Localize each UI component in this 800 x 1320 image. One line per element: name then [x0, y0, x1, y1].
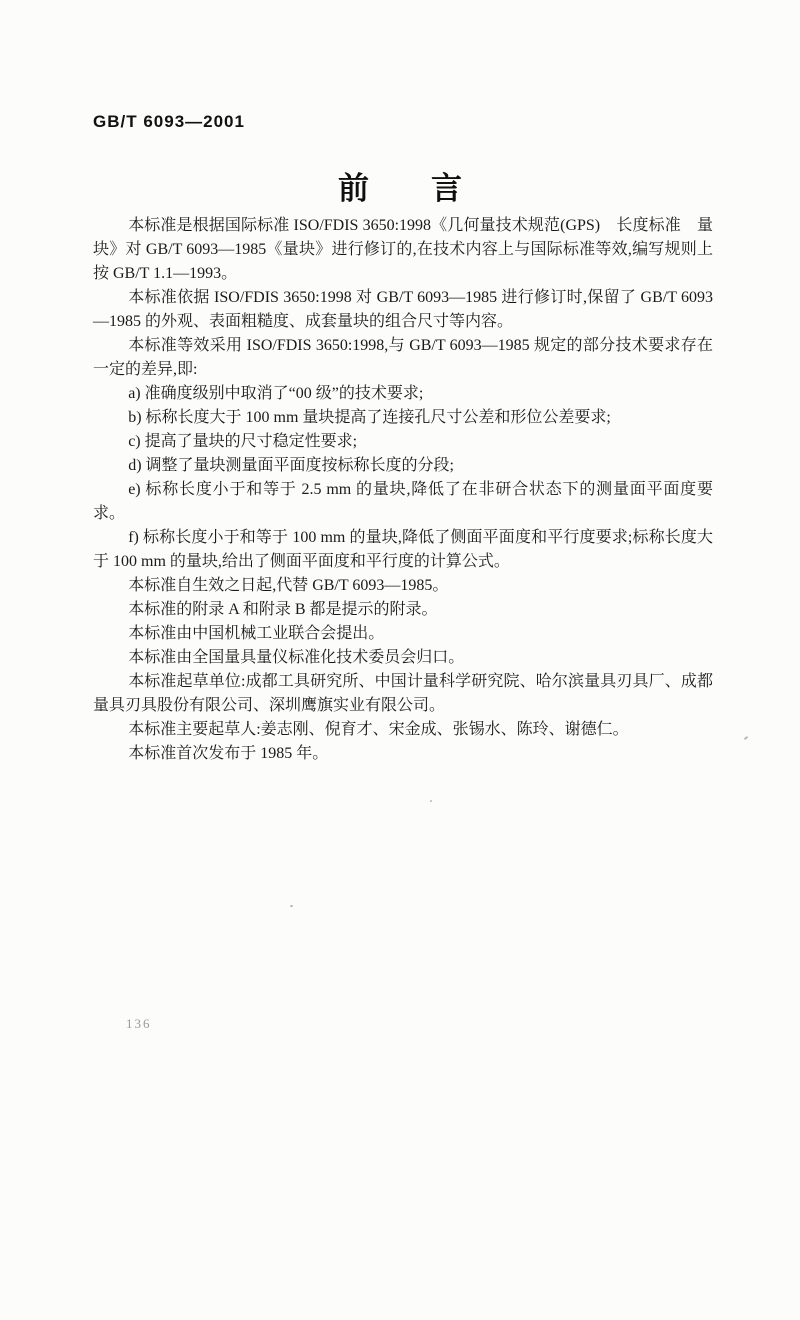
- list-item: c) 提高了量块的尺寸稳定性要求;: [93, 430, 713, 454]
- paragraph: 本标准由中国机械工业联合会提出。: [93, 622, 713, 646]
- document-body: 本标准是根据国际标准 ISO/FDIS 3650:1998《几何量技术规范(GP…: [93, 214, 713, 766]
- scan-speck: [430, 800, 432, 802]
- page-title: 前 言: [90, 163, 710, 208]
- paragraph: 本标准的附录 A 和附录 B 都是提示的附录。: [93, 598, 713, 622]
- paragraph: 本标准自生效之日起,代替 GB/T 6093—1985。: [93, 574, 713, 598]
- list-item: e) 标称长度小于和等于 2.5 mm 的量块,降低了在非研合状态下的测量面平面…: [93, 478, 713, 526]
- scan-speck: [744, 736, 748, 740]
- paragraph: 本标准依据 ISO/FDIS 3650:1998 对 GB/T 6093—198…: [93, 286, 713, 334]
- paragraph: 本标准主要起草人:姜志刚、倪育才、宋金成、张锡水、陈玲、谢德仁。: [93, 718, 713, 742]
- list-item: b) 标称长度大于 100 mm 量块提高了连接孔尺寸公差和形位公差要求;: [93, 406, 713, 430]
- page-number: 136: [126, 1016, 152, 1032]
- document-page: GB/T 6093—2001 前 言 本标准是根据国际标准 ISO/FDIS 3…: [0, 0, 800, 1320]
- paragraph: 本标准是根据国际标准 ISO/FDIS 3650:1998《几何量技术规范(GP…: [93, 214, 713, 286]
- list-item: f) 标称长度小于和等于 100 mm 的量块,降低了侧面平面度和平行度要求;标…: [93, 526, 713, 574]
- standard-code: GB/T 6093—2001: [93, 112, 245, 132]
- scan-speck: [290, 905, 293, 907]
- paragraph: 本标准由全国量具量仪标准化技术委员会归口。: [93, 646, 713, 670]
- paragraph: 本标准等效采用 ISO/FDIS 3650:1998,与 GB/T 6093—1…: [93, 334, 713, 382]
- list-item: a) 准确度级别中取消了“00 级”的技术要求;: [93, 382, 713, 406]
- paragraph: 本标准起草单位:成都工具研究所、中国计量科学研究院、哈尔滨量具刃具厂、成都量具刃…: [93, 670, 713, 718]
- paragraph: 本标准首次发布于 1985 年。: [93, 742, 713, 766]
- list-item: d) 调整了量块测量面平面度按标称长度的分段;: [93, 454, 713, 478]
